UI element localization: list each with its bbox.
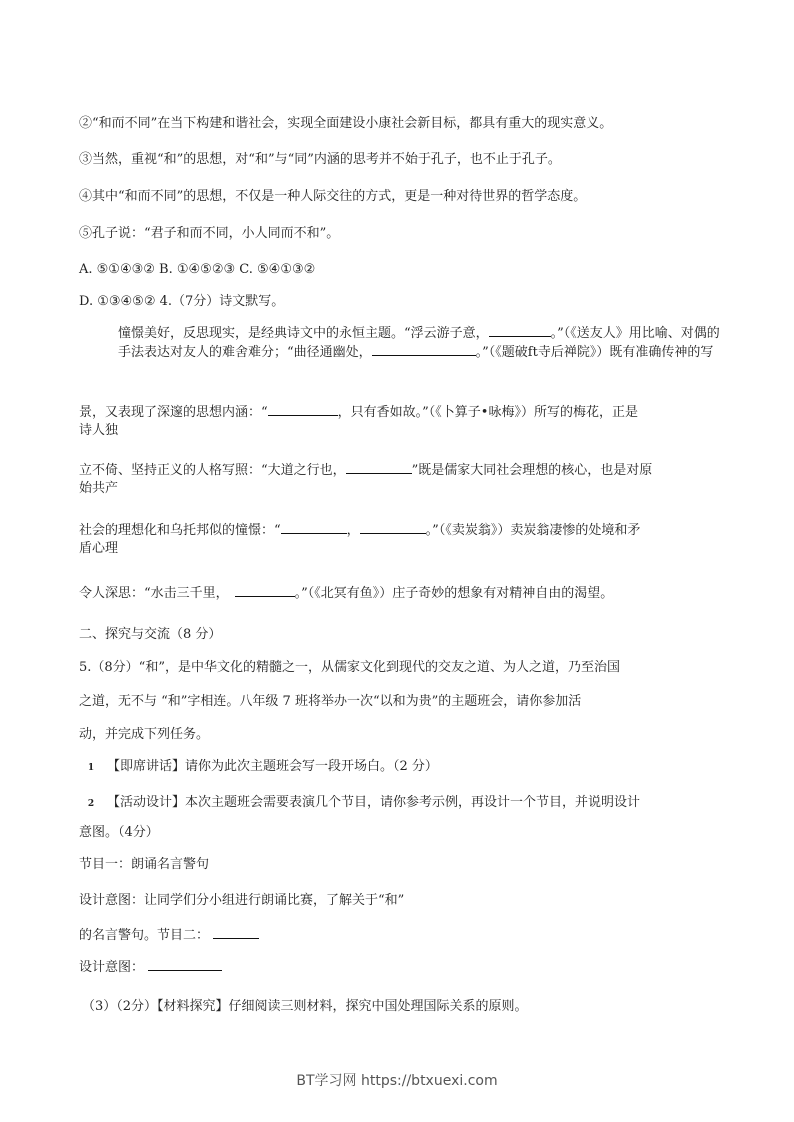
sentence-3: ③当然，重视“和”的思想，对“和”与“同”内涵的思考并不始于孔子，也不止于孔子。: [79, 152, 561, 168]
q5-task-1: 1【即席讲话】请你为此次主题班会写一段开场白。（2 分）: [79, 759, 438, 776]
fill-blank[interactable]: [235, 584, 295, 597]
fill-blank[interactable]: [372, 343, 476, 356]
q4-paragraph-4: 社会的理想化和乌托邦似的憧憬：“，。”（《卖炭翁》）卖炭翁凄惨的处境和矛盾心理: [79, 521, 719, 558]
fill-blank[interactable]: [148, 958, 222, 971]
q4-paragraph-2: 景，又表现了深邃的思想内涵：“，只有香如故。”（《卜算子•咏梅》）所写的梅花，正…: [79, 403, 719, 440]
fill-blank[interactable]: [213, 926, 259, 939]
fill-blank[interactable]: [489, 324, 551, 337]
q5-task-3: （3）（2分）【材料探究】仔细阅读三则材料，探究中国处理国际关系的原则。: [82, 999, 528, 1015]
fill-blank[interactable]: [268, 403, 338, 416]
q4-paragraph-3: 立不倚、坚持正义的人格写照：“大道之行也，”既是儒家大同社会理想的核心，也是对原…: [79, 461, 719, 498]
q4-paragraph-5: 令人深思：“水击三千里，。”（《北冥有鱼》）庄子奇妙的想象有对精神自由的渴望。: [79, 584, 613, 602]
sentence-5: ⑤孔子说：“君子和而不同，小人同而不和”。: [79, 226, 339, 242]
section-2-title: 二、探究与交流（8 分）: [79, 627, 221, 643]
q5-task-2: 2【活动设计】本次主题班会需要表演几个节目，请你参考示例，再设计一个节目，并说明…: [79, 795, 640, 812]
list-number-marker: 2: [85, 796, 97, 812]
q4-paragraph-1: 憧憬美好，反思现实，是经典诗文中的永恒主题。“浮云游子意，。”（《送友人》用比喻…: [118, 324, 722, 362]
program-2-line: 的名言警句。节目二：: [79, 926, 259, 944]
q5-task-2-cont: 意图。（4分）: [79, 825, 159, 841]
design-intent-1: 设计意图：让同学们分小组进行朗诵比赛，了解关于“和”: [79, 893, 404, 909]
fill-blank[interactable]: [360, 521, 426, 534]
fill-blank[interactable]: [346, 461, 412, 474]
answer-option-d-and-q4-title: D. ①③④⑤② 4.（7分）诗文默写。: [79, 294, 284, 310]
design-intent-2-line: 设计意图：: [79, 958, 222, 976]
sentence-2: ②“和而不同”在当下构建和谐社会，实现全面建设小康社会新目标，都具有重大的现实意…: [79, 116, 612, 132]
fill-blank[interactable]: [281, 521, 347, 534]
q5-intro-line-3: 动，并完成下列任务。: [79, 727, 209, 743]
answer-options-abc: A. ⑤①④③② B. ①④⑤②③ C. ⑤④①③②: [79, 262, 315, 278]
sentence-4: ④其中“和而不同”的思想，不仅是一种人际交往的方式，更是一种对待世界的哲学态度。: [79, 189, 586, 205]
program-1: 节目一：朗诵名言警句: [79, 857, 209, 873]
q5-intro-line-2: 之道，无不与 “和”字相连。八年级 7 班将举办一次“以和为贵”的主题班会，请你…: [79, 694, 581, 710]
watermark: BT学习网 https://btxuexi.com: [0, 1070, 794, 1090]
q5-intro-line-1: 5.（8分）“和”，是中华文化的精髓之一，从儒家文化到现代的交友之道、为人之道，…: [79, 660, 620, 676]
list-number-marker: 1: [85, 760, 97, 776]
